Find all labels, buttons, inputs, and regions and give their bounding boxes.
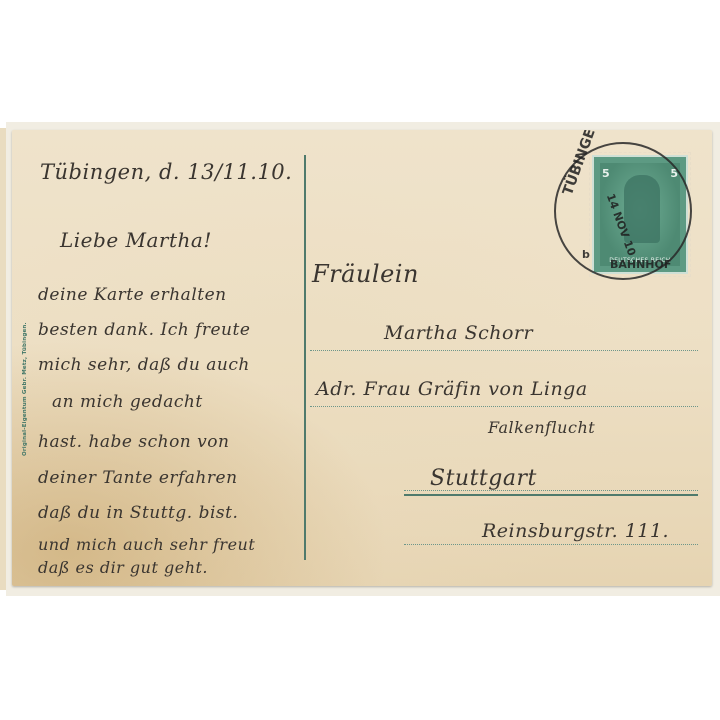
message-line: daß es dir gut geht. (38, 558, 208, 577)
message-line: deine Karte erhalten (38, 285, 227, 305)
postmark-letter: b (582, 248, 590, 261)
publisher-imprint: Original-Eigentum Gebr. Metz, Tübingen. (22, 326, 28, 456)
divider-line (304, 155, 306, 560)
address-title: Fräulein (312, 260, 419, 288)
address-line-2 (310, 406, 698, 407)
salutation: Liebe Martha! (60, 228, 212, 252)
address-street: Reinsburgstr. 111. (482, 520, 669, 542)
message-line: und mich auch sehr freut (38, 535, 255, 554)
message-line: deiner Tante erfahren (38, 468, 238, 488)
postcard: Original-Eigentum Gebr. Metz, Tübingen. … (12, 130, 712, 586)
address-line-3 (404, 490, 698, 491)
message-line: daß du in Stuttg. bist. (38, 503, 238, 523)
message-line: besten dank. Ich freute (38, 320, 250, 340)
address-line-4 (404, 544, 698, 545)
address-note: Falkenflucht (488, 418, 595, 437)
address-city: Stuttgart (430, 466, 537, 491)
address-name: Martha Schorr (384, 322, 533, 344)
place-date: Tübingen, d. 13/11.10. (40, 160, 292, 184)
message-line: mich sehr, daß du auch (38, 355, 250, 375)
message-line: hast. habe schon von (38, 432, 229, 452)
address-line-1 (310, 350, 698, 351)
postmark-station: BAHNHOF (610, 258, 671, 271)
address-city-underline (404, 494, 698, 496)
message-line: an mich gedacht (52, 392, 203, 412)
address-care-of: Adr. Frau Gräfin von Linga (316, 378, 588, 400)
